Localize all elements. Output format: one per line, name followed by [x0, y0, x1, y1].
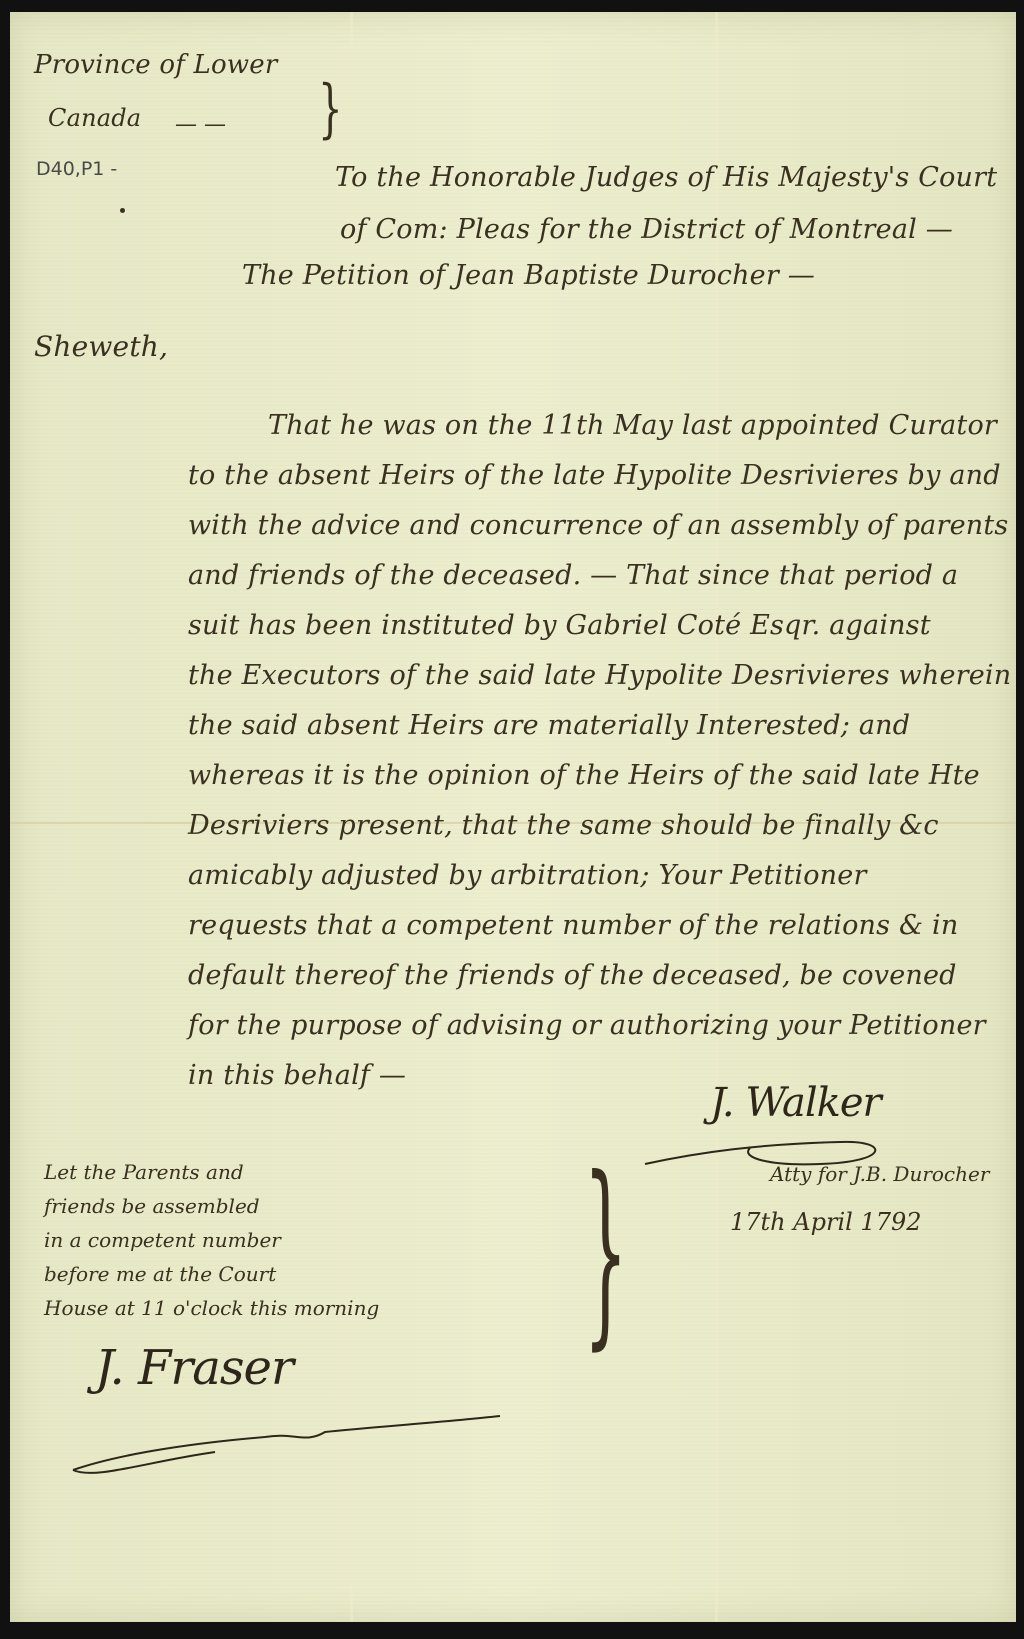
petition-date: 17th April 1792: [730, 1208, 922, 1236]
manuscript-page: Province of Lower Canada — — } D40,P1 - …: [10, 12, 1016, 1622]
order-line: friends be assembled: [44, 1194, 260, 1218]
address-line-1: To the Honorable Judges of His Majesty's…: [335, 162, 997, 193]
brace-icon: }: [583, 1152, 628, 1352]
body-line: and friends of the deceased. — That sinc…: [188, 560, 958, 591]
body-line: amicably adjusted by arbitration; Your P…: [188, 860, 867, 891]
attorney-signature: J. Walker: [710, 1080, 881, 1126]
order-line: in a competent number: [44, 1228, 281, 1252]
order-line: before me at the Court: [44, 1262, 276, 1286]
ink-blot: [120, 208, 125, 213]
body-line: whereas it is the opinion of the Heirs o…: [188, 760, 980, 791]
order-line: House at 11 o'clock this morning: [44, 1296, 379, 1320]
address-line-2: of Com: Pleas for the District of Montre…: [340, 214, 953, 245]
body-line: Desriviers present, that the same should…: [188, 810, 939, 841]
order-line: Let the Parents and: [44, 1160, 244, 1184]
jurisdiction-line-1: Province of Lower: [34, 50, 277, 80]
body-line: default thereof the friends of the decea…: [188, 960, 957, 991]
judge-signature: J. Fraser: [95, 1340, 293, 1396]
archive-reference: D40,P1 -: [36, 158, 117, 180]
body-line: to the absent Heirs of the late Hypolite…: [188, 460, 1001, 491]
body-line: suit has been instituted by Gabriel Coté…: [188, 610, 931, 641]
jurisdiction-dash: — —: [175, 112, 226, 137]
body-line: in this behalf —: [188, 1060, 406, 1091]
signature-flourish-icon: [65, 1392, 505, 1482]
body-line: That he was on the 11th May last appoint…: [268, 410, 997, 441]
salutation: Sheweth,: [34, 330, 168, 363]
body-line: for the purpose of advising or authorizi…: [188, 1010, 986, 1041]
body-line: with the advice and concurrence of an as…: [188, 510, 1008, 541]
address-line-3: The Petition of Jean Baptiste Durocher —: [242, 260, 815, 291]
attorney-role: Atty for J.B. Durocher: [770, 1162, 989, 1186]
brace-icon: }: [318, 72, 342, 146]
body-line: the Executors of the said late Hypolite …: [188, 660, 1011, 691]
body-line: requests that a competent number of the …: [188, 910, 958, 941]
body-line: the said absent Heirs are materially Int…: [188, 710, 910, 741]
jurisdiction-line-2: Canada: [48, 104, 141, 132]
